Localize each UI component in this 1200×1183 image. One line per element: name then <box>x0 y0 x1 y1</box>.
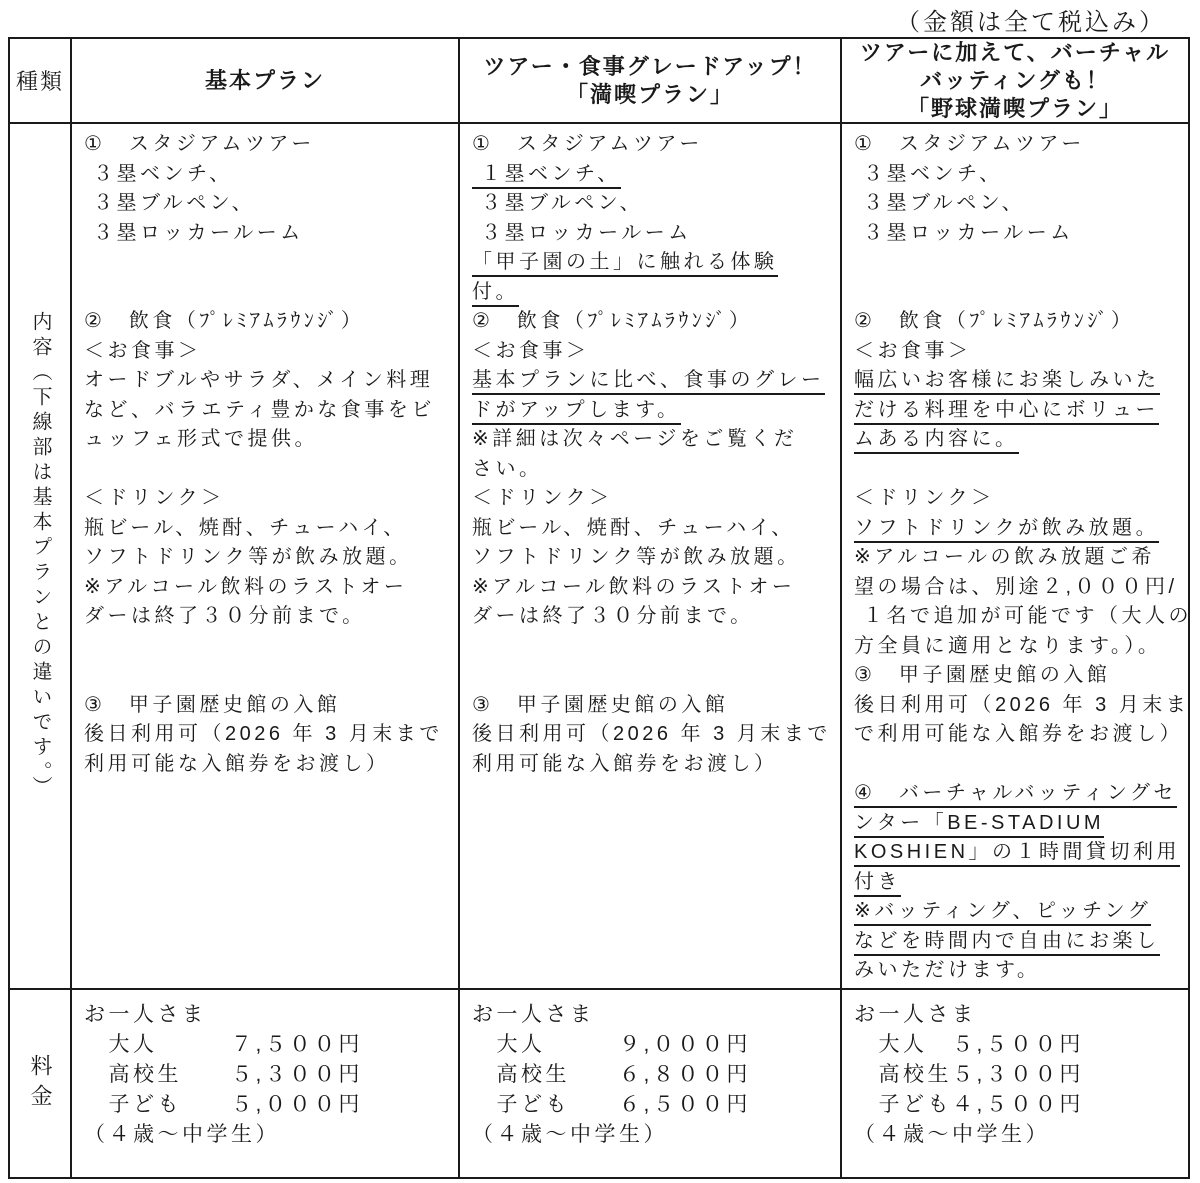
content-line-text: 「甲子園の土」に触れる体験 <box>472 249 778 277</box>
content-line: ＜お食事＞ <box>84 337 450 367</box>
content-line-text: さい。 <box>472 458 543 480</box>
price-line: 大人 ７,５００円 <box>84 1030 452 1060</box>
content-line: ③ 甲子園歴史館の入館 <box>854 661 1180 691</box>
content-line: ② 飲食（ﾌﾟﾚﾐｱﾑﾗｳﾝｼﾞ） <box>472 307 832 337</box>
content-line-text: オードブルやサラダ、メイン料理 <box>84 369 433 391</box>
content-line-text: ３塁ロッカールーム <box>854 222 1074 244</box>
content-line: ※バッティング、ピッチング <box>854 897 1180 927</box>
content-line-text: ダーは終了３０分前まで。 <box>84 605 366 627</box>
content-line: で利用可能な入館券をお渡し） <box>854 720 1180 750</box>
content-line: ② 飲食（ﾌﾟﾚﾐｱﾑﾗｳﾝｼﾞ） <box>854 307 1180 337</box>
price-line-text: 高校生 ６,８００円 <box>472 1063 751 1086</box>
content-line: オードブルやサラダ、メイン料理 <box>84 366 450 396</box>
price-line: お一人さま <box>854 1000 1182 1030</box>
content-line: ③ 甲子園歴史館の入館 <box>472 691 832 721</box>
content-line: ＜ドリンク＞ <box>472 484 832 514</box>
content-line: ３塁ロッカールーム <box>472 219 832 249</box>
content-line: ３塁ベンチ、 <box>84 160 450 190</box>
content-line-text: 利用可能な入館券をお渡し） <box>84 753 390 775</box>
plan-title-line: 基本プラン <box>205 67 325 95</box>
content-line: ソフトドリンク等が飲み放題。 <box>84 543 450 573</box>
content-line-text: ソフトドリンク等が飲み放題。 <box>84 546 413 568</box>
content-line-text: 基本プランに比べ、食事のグレー <box>472 367 825 395</box>
content-cell-1: ① スタジアムツアー ３塁ベンチ、 ３塁ブルペン、 ３塁ロッカールーム ② 飲食… <box>72 124 460 990</box>
price-row-label: 料金 <box>29 1054 51 1114</box>
content-line: など、バラエティ豊かな食事をビ <box>84 396 450 426</box>
plan-title-line: 「満喫プラン」 <box>566 81 734 109</box>
content-line-text: で利用可能な入館券をお渡し） <box>854 723 1183 745</box>
content-line: １名で追加が可能です（大人の <box>854 602 1180 632</box>
content-line: みいただけます。 <box>854 956 1180 986</box>
content-line: ① スタジアムツアー <box>472 130 832 160</box>
content-line-text: 瓶ビール、焼酎、チューハイ、 <box>84 517 407 539</box>
content-line: 後日利用可（2026 年 3 月末まで <box>472 720 832 750</box>
content-line-text: ソフトドリンク等が飲み放題。 <box>472 546 801 568</box>
content-line-text: ＜ドリンク＞ <box>84 487 225 509</box>
content-line-text: ソフトドリンクが飲み放題。 <box>854 515 1159 543</box>
content-line-text: ンター「BE-STADIUM <box>854 810 1104 838</box>
content-line <box>84 661 450 691</box>
type-header-cell: 種類 <box>10 39 72 124</box>
content-line-text: みいただけます。 <box>854 959 1040 981</box>
content-line: 瓶ビール、焼酎、チューハイ、 <box>472 514 832 544</box>
content-line-text: ※アルコール飲料のラストオー <box>84 576 407 598</box>
price-line-text: 子ども ５,０００円 <box>84 1093 363 1116</box>
content-line-text: ※アルコール飲料のラストオー <box>472 576 795 598</box>
content-line <box>854 455 1180 485</box>
content-line-text: ３塁ベンチ、 <box>854 163 1003 185</box>
price-line-text: 高校生 ５,３００円 <box>84 1063 363 1086</box>
content-line-text: ＜お食事＞ <box>472 340 590 362</box>
content-line: 利用可能な入館券をお渡し） <box>472 750 832 780</box>
plan-title-line: ツアー・食事グレードアップ！ <box>483 53 816 81</box>
content-line-text: ④ バーチャルバッティングセ <box>854 780 1177 808</box>
content-line: 瓶ビール、焼酎、チューハイ、 <box>84 514 450 544</box>
content-line-text: １名で追加が可能です（大人の <box>854 605 1188 627</box>
content-line: 付き <box>854 868 1180 898</box>
price-cell-1: お一人さま 大人 ７,５００円 高校生 ５,３００円 子ども ５,０００円（４歳… <box>72 990 460 1177</box>
plan-header-mankitsu: ツアー・食事グレードアップ！「満喫プラン」 <box>460 39 842 124</box>
content-line-text: １塁ベンチ、 <box>472 161 621 189</box>
content-line <box>84 278 450 308</box>
plan-title-line: ツアーに加えて、バーチャル <box>860 39 1170 67</box>
content-line-text: KOSHIEN」の１時間貸切利用 <box>854 839 1180 867</box>
content-line <box>854 248 1180 278</box>
content-line-text: ３塁ロッカールーム <box>84 222 304 244</box>
content-line: ソフトドリンク等が飲み放題。 <box>472 543 832 573</box>
content-line: ダーは終了３０分前まで。 <box>84 602 450 632</box>
price-line-text: 大人 ９,０００円 <box>472 1033 751 1056</box>
content-line-text: など、バラエティ豊かな食事をビ <box>84 399 435 421</box>
content-line: 後日利用可（2026 年 3 月末まで <box>84 720 450 750</box>
plan-title-line: 「野球満喫プラン」 <box>907 95 1123 123</box>
content-line-text: 後日利用可（2026 年 3 月末ま <box>854 694 1188 716</box>
price-line-text: 子ども ６,５００円 <box>472 1093 751 1116</box>
content-cell-2: ① スタジアムツアー １塁ベンチ、 ３塁ブルペン、 ３塁ロッカールーム「甲子園の… <box>460 124 842 990</box>
content-line: ② 飲食（ﾌﾟﾚﾐｱﾑﾗｳﾝｼﾞ） <box>84 307 450 337</box>
price-line-text: （４歳～中学生） <box>472 1123 668 1146</box>
content-line: ＜お食事＞ <box>854 337 1180 367</box>
content-line-text: ３塁ブルペン、 <box>854 192 1025 214</box>
content-line: ※アルコール飲料のラストオー <box>472 573 832 603</box>
tax-included-note: （金額は全て税込み） <box>896 2 1166 37</box>
content-cell-3: ① スタジアムツアー ３塁ベンチ、 ３塁ブルペン、 ３塁ロッカールーム ② 飲食… <box>842 124 1188 990</box>
price-line: 高校生５,３００円 <box>854 1060 1182 1090</box>
price-cell-3: お一人さま 大人 ５,５００円 高校生５,３００円 子ども４,５００円（４歳～中… <box>842 990 1188 1177</box>
content-line-text: ③ 甲子園歴史館の入館 <box>854 664 1110 686</box>
content-line: だける料理を中心にボリュー <box>854 396 1180 426</box>
price-cell-2: お一人さま 大人 ９,０００円 高校生 ６,８００円 子ども ６,５００円（４歳… <box>460 990 842 1177</box>
content-line: ３塁ロッカールーム <box>854 219 1180 249</box>
price-line-text: 大人 ５,５００円 <box>854 1033 1084 1056</box>
content-line: KOSHIEN」の１時間貸切利用 <box>854 838 1180 868</box>
price-line: 高校生 ５,３００円 <box>84 1060 452 1090</box>
content-line-text: 後日利用可（2026 年 3 月末まで <box>472 723 831 745</box>
price-line-text: 高校生５,３００円 <box>854 1063 1084 1086</box>
content-line-text: ＜お食事＞ <box>84 340 202 362</box>
content-line-text: ３塁ベンチ、 <box>84 163 233 185</box>
content-line-text: ① スタジアムツアー <box>472 133 703 155</box>
content-line <box>854 278 1180 308</box>
price-line-text: お一人さま <box>84 1003 207 1026</box>
content-line-text: ＜お食事＞ <box>854 340 972 362</box>
content-line <box>84 248 450 278</box>
content-line: 「甲子園の土」に触れる体験 <box>472 248 832 278</box>
content-line-text: ３塁ブルペン、 <box>472 192 643 214</box>
price-line: 大人 ５,５００円 <box>854 1030 1182 1060</box>
page: { "note": "（金額は全て税込み）", "header": { "typ… <box>0 0 1200 1183</box>
price-line: 子ども ６,５００円 <box>472 1090 834 1120</box>
price-line: （４歳～中学生） <box>84 1120 452 1150</box>
content-line-text: などを時間内で自由にお楽し <box>854 928 1160 956</box>
content-line-text: ＜ドリンク＞ <box>854 487 995 509</box>
content-line <box>472 661 832 691</box>
content-line: ３塁ブルペン、 <box>472 189 832 219</box>
content-line: ※アルコールの飲み放題ご希 <box>854 543 1180 573</box>
content-line-text: ② 飲食（ﾌﾟﾚﾐｱﾑﾗｳﾝｼﾞ） <box>472 310 752 332</box>
content-line: ※詳細は次々ページをご覧くだ <box>472 425 832 455</box>
content-line-text: ② 飲食（ﾌﾟﾚﾐｱﾑﾗｳﾝｼﾞ） <box>854 310 1134 332</box>
content-line: ※アルコール飲料のラストオー <box>84 573 450 603</box>
content-line-text: 方全員に適用となります。）。 <box>854 635 1161 657</box>
content-line-text: ＜ドリンク＞ <box>472 487 613 509</box>
content-line-text: 瓶ビール、焼酎、チューハイ、 <box>472 517 795 539</box>
price-line-text: （４歳～中学生） <box>854 1123 1050 1146</box>
content-line: ３塁ロッカールーム <box>84 219 450 249</box>
content-line <box>84 455 450 485</box>
plan-header-yakyu-mankitsu: ツアーに加えて、バーチャルバッティングも！「野球満喫プラン」 <box>842 39 1188 124</box>
price-line-text: お一人さま <box>472 1003 595 1026</box>
content-line: ３塁ベンチ、 <box>854 160 1180 190</box>
content-line <box>472 632 832 662</box>
content-line-text: ③ 甲子園歴史館の入館 <box>472 694 728 716</box>
content-line: ＜ドリンク＞ <box>84 484 450 514</box>
content-line-text: 付き <box>854 869 901 897</box>
content-line: ③ 甲子園歴史館の入館 <box>84 691 450 721</box>
content-line: ① スタジアムツアー <box>854 130 1180 160</box>
content-line: ３塁ブルペン、 <box>854 189 1180 219</box>
content-line: ソフトドリンクが飲み放題。 <box>854 514 1180 544</box>
plan-comparison-table: 種類 基本プラン ツアー・食事グレードアップ！「満喫プラン」 ツアーに加えて、バ… <box>8 37 1190 1179</box>
content-line <box>84 632 450 662</box>
content-line: 幅広いお客様にお楽しみいた <box>854 366 1180 396</box>
content-line: 方全員に適用となります。）。 <box>854 632 1180 662</box>
content-line-text: ※詳細は次々ページをご覧くだ <box>472 428 797 450</box>
plan-title-line: バッティングも！ <box>920 67 1110 95</box>
content-line-text: ③ 甲子園歴史館の入館 <box>84 694 340 716</box>
price-line-text: 大人 ７,５００円 <box>84 1033 363 1056</box>
content-row-label: 内容（下線部は基本プランとの違いです。） <box>30 311 50 801</box>
price-line: 子ども ５,０００円 <box>84 1090 452 1120</box>
content-line-text: ① スタジアムツアー <box>84 133 315 155</box>
price-row-label-cell: 料金 <box>10 990 72 1177</box>
content-line-text: 利用可能な入館券をお渡し） <box>472 753 778 775</box>
price-line: お一人さま <box>84 1000 452 1030</box>
price-line: （４歳～中学生） <box>472 1120 834 1150</box>
content-line-text: 後日利用可（2026 年 3 月末まで <box>84 723 443 745</box>
content-line: 利用可能な入館券をお渡し） <box>84 750 450 780</box>
content-line <box>854 750 1180 780</box>
content-line: 望の場合は、別途２,０００円/ <box>854 573 1180 603</box>
content-line-text: ※バッティング、ピッチング <box>854 898 1151 926</box>
content-line: ダーは終了３０分前まで。 <box>472 602 832 632</box>
content-line: 後日利用可（2026 年 3 月末ま <box>854 691 1180 721</box>
content-line: ＜お食事＞ <box>472 337 832 367</box>
content-line: ドがアップします。 <box>472 396 832 426</box>
content-line-text: ※アルコールの飲み放題ご希 <box>854 546 1155 568</box>
content-line: ３塁ブルペン、 <box>84 189 450 219</box>
price-line: 大人 ９,０００円 <box>472 1030 834 1060</box>
price-line: 子ども４,５００円 <box>854 1090 1182 1120</box>
content-line: ンター「BE-STADIUM <box>854 809 1180 839</box>
content-line-text: ① スタジアムツアー <box>854 133 1085 155</box>
type-header-label: 種類 <box>16 65 64 96</box>
content-row-label-cell: 内容（下線部は基本プランとの違いです。） <box>10 124 72 990</box>
content-line: などを時間内で自由にお楽し <box>854 927 1180 957</box>
content-line-text: ② 飲食（ﾌﾟﾚﾐｱﾑﾗｳﾝｼﾞ） <box>84 310 364 332</box>
content-line-text: 付。 <box>472 279 519 307</box>
price-line: お一人さま <box>472 1000 834 1030</box>
content-line-text: 幅広いお客様にお楽しみいた <box>854 367 1160 395</box>
plan-header-basic: 基本プラン <box>72 39 460 124</box>
content-line: ＜ドリンク＞ <box>854 484 1180 514</box>
content-line-text: ３塁ロッカールーム <box>472 222 692 244</box>
price-line-text: 子ども４,５００円 <box>854 1093 1084 1116</box>
content-line-text: 望の場合は、別途２,０００円/ <box>854 576 1178 598</box>
content-line: ④ バーチャルバッティングセ <box>854 779 1180 809</box>
content-line-text: ドがアップします。 <box>472 397 681 425</box>
price-line: （４歳～中学生） <box>854 1120 1182 1150</box>
content-line: ① スタジアムツアー <box>84 130 450 160</box>
content-line-text: だける料理を中心にボリュー <box>854 397 1159 425</box>
content-line: ムある内容に。 <box>854 425 1180 455</box>
content-line-text: ３塁ブルペン、 <box>84 192 255 214</box>
content-line-text: ムある内容に。 <box>854 426 1019 454</box>
content-line-text: ュッフェ形式で提供。 <box>84 428 318 450</box>
content-line: ュッフェ形式で提供。 <box>84 425 450 455</box>
content-line: 基本プランに比べ、食事のグレー <box>472 366 832 396</box>
price-line: 高校生 ６,８００円 <box>472 1060 834 1090</box>
price-line-text: （４歳～中学生） <box>84 1123 280 1146</box>
content-line: さい。 <box>472 455 832 485</box>
content-line: １塁ベンチ、 <box>472 160 832 190</box>
price-line-text: お一人さま <box>854 1003 977 1026</box>
content-line-text: ダーは終了３０分前まで。 <box>472 605 754 627</box>
content-line: 付。 <box>472 278 832 308</box>
